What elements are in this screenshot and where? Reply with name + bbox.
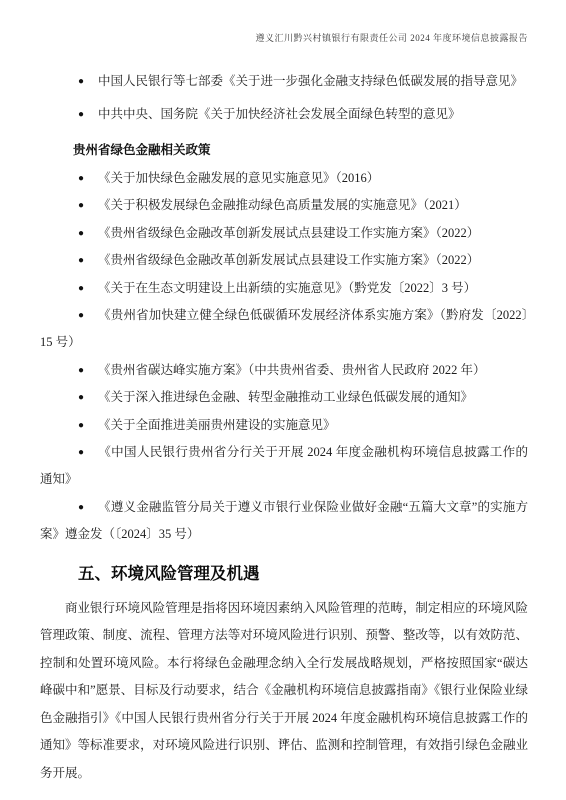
bullet-icon: ● [78, 494, 98, 521]
policy-item: ●《贵州省加快建立健全绿色低碳循环发展经济体系实施方案》（黔府发〔2022〕15… [40, 302, 528, 357]
bullet-list-guizhou: ●《关于加快绿色金融发展的意见实施意见》（2016） ●《关于积极发展绿色金融推… [40, 165, 528, 549]
bullet-icon: ● [78, 99, 98, 131]
policy-item-text: 《关于全面推进美丽贵州建设的实施意见》 [98, 418, 336, 432]
policy-item: ●《关于加快绿色金融发展的意见实施意见》（2016） [40, 165, 528, 192]
policy-item: ●《关于积极发展绿色金融推动绿色高质量发展的实施意见》（2021） [40, 192, 528, 219]
bullet-icon: ● [78, 220, 98, 247]
page-content: ●中国人民银行等七部委《关于进一步强化金融支持绿色低碳发展的指导意见》 ●中共中… [0, 65, 566, 787]
policy-item: ●《关于深入推进绿色金融、转型金融推动工业绿色低碳发展的通知》 [40, 384, 528, 411]
bullet-icon: ● [78, 66, 98, 98]
body-paragraph: 商业银行环境风险管理是指将因环境因素纳入风险管理的范畴，制定相应的环境风险管理政… [40, 595, 528, 788]
policy-item: ●《贵州省级绿色金融改革创新发展试点县建设工作实施方案》（2022） [40, 220, 528, 247]
bullet-list-national: ●中国人民银行等七部委《关于进一步强化金融支持绿色低碳发展的指导意见》 ●中共中… [40, 65, 528, 131]
policy-item-text: 中国人民银行等七部委《关于进一步强化金融支持绿色低碳发展的指导意见》 [98, 74, 523, 88]
bullet-icon: ● [78, 302, 98, 329]
policy-item: ●中共中央、国务院《关于加快经济社会发展全面绿色转型的意见》 [40, 98, 528, 131]
policy-item-text: 《贵州省碳达峰实施方案》（中共贵州省委、贵州省人民政府 2022 年） [98, 363, 486, 377]
policy-item: ●《关于在生态文明建设上出新绩的实施意见》（黔党发〔2022〕3 号） [40, 275, 528, 302]
policy-item: ●《贵州省碳达峰实施方案》（中共贵州省委、贵州省人民政府 2022 年） [40, 357, 528, 384]
policy-item: ●中国人民银行等七部委《关于进一步强化金融支持绿色低碳发展的指导意见》 [40, 65, 528, 98]
section-heading: 五、环境风险管理及机遇 [78, 561, 528, 587]
policy-item-text: 《遵义金融监管分局关于遵义市银行业保险业做好金融“五篇大文章”的实施方案》遵金发… [40, 500, 528, 541]
policy-item-text: 《贵州省加快建立健全绿色低碳循环发展经济体系实施方案》（黔府发〔2022〕15 … [40, 308, 528, 349]
bullet-icon: ● [78, 275, 98, 302]
policy-item-text: 中共中央、国务院《关于加快经济社会发展全面绿色转型的意见》 [98, 107, 461, 121]
policy-item-text: 《关于在生态文明建设上出新绩的实施意见》（黔党发〔2022〕3 号） [98, 281, 476, 295]
page-number: 10 [0, 736, 566, 746]
policy-item: ●《中国人民银行贵州省分行关于开展 2024 年度金融机构环境信息披露工作的通知… [40, 439, 528, 494]
policy-item-text: 《关于加快绿色金融发展的意见实施意见》（2016） [98, 171, 379, 185]
bullet-icon: ● [78, 384, 98, 411]
bullet-icon: ● [78, 165, 98, 192]
document-page: 遵义汇川黔兴村镇银行有限责任公司 2024 年度环境信息披露报告 ●中国人民银行… [0, 0, 566, 800]
policy-item-text: 《关于积极发展绿色金融推动绿色高质量发展的实施意见》（2021） [98, 198, 467, 212]
page-header-title: 遵义汇川黔兴村镇银行有限责任公司 2024 年度环境信息披露报告 [0, 32, 566, 44]
policy-item: ●《贵州省级绿色金融改革创新发展试点县建设工作实施方案》（2022） [40, 247, 528, 274]
bullet-icon: ● [78, 439, 98, 466]
bullet-icon: ● [78, 247, 98, 274]
policy-item-text: 《贵州省级绿色金融改革创新发展试点县建设工作实施方案》（2022） [98, 226, 479, 240]
policy-item: ●《遵义金融监管分局关于遵义市银行业保险业做好金融“五篇大文章”的实施方案》遵金… [40, 494, 528, 549]
policy-item: ●《关于全面推进美丽贵州建设的实施意见》 [40, 412, 528, 439]
subsection-heading: 贵州省绿色金融相关政策 [73, 139, 528, 161]
policy-item-text: 《关于深入推进绿色金融、转型金融推动工业绿色低碳发展的通知》 [98, 390, 473, 404]
bullet-icon: ● [78, 192, 98, 219]
bullet-icon: ● [78, 357, 98, 384]
policy-item-text: 《中国人民银行贵州省分行关于开展 2024 年度金融机构环境信息披露工作的通知》 [40, 445, 528, 486]
bullet-icon: ● [78, 412, 98, 439]
policy-item-text: 《贵州省级绿色金融改革创新发展试点县建设工作实施方案》（2022） [98, 253, 479, 267]
